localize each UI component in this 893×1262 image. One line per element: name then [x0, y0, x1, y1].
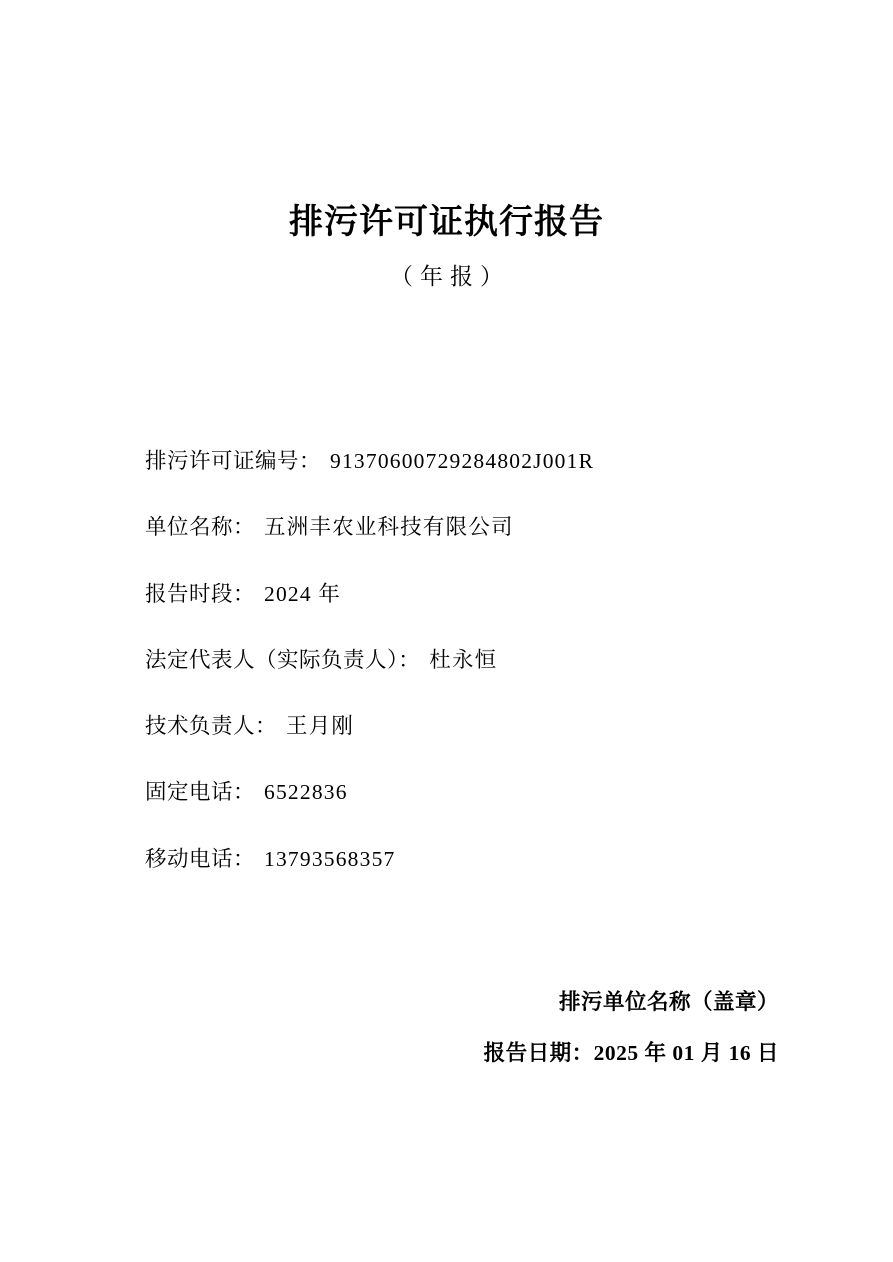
field-label: 报告时段：: [145, 582, 255, 606]
field-value: 6522836: [264, 780, 348, 804]
field-label: 固定电话：: [145, 780, 255, 804]
document-title: 排污许可证执行报告: [0, 200, 893, 246]
field-value: 91370600729284802J001R: [330, 449, 594, 473]
field-row-unit-name: 单位名称：五洲丰农业科技有限公司: [145, 494, 594, 560]
field-label: 法定代表人（实际负责人）：: [145, 648, 420, 672]
field-value: 2024 年: [264, 582, 341, 606]
field-label: 排污许可证编号：: [145, 449, 321, 473]
document-subtitle: （年报）: [0, 262, 893, 292]
field-value: 五洲丰农业科技有限公司: [264, 515, 514, 539]
report-date-label: 报告日期：: [484, 1041, 594, 1065]
field-value: 13793568357: [264, 847, 395, 871]
seal-line: 排污单位名称（盖章）: [484, 977, 779, 1028]
document-page: 排污许可证执行报告 （年报） 排污许可证编号：91370600729284802…: [0, 0, 893, 1262]
field-row-legal-representative: 法定代表人（实际负责人）：杜永恒: [145, 627, 594, 693]
report-date-value: 2025 年 01 月 16 日: [594, 1041, 779, 1065]
info-fields: 排污许可证编号：91370600729284802J001R 单位名称：五洲丰农…: [145, 428, 594, 892]
field-row-permit-number: 排污许可证编号：91370600729284802J001R: [145, 428, 594, 494]
field-label: 单位名称：: [145, 515, 255, 539]
field-value: 杜永恒: [429, 648, 497, 672]
signature-block: 排污单位名称（盖章） 报告日期：2025 年 01 月 16 日: [484, 977, 779, 1079]
field-row-fixed-phone: 固定电话：6522836: [145, 759, 594, 825]
field-value: 王月刚: [286, 714, 354, 738]
field-label: 技术负责人：: [145, 714, 277, 738]
report-date-line: 报告日期：2025 年 01 月 16 日: [484, 1028, 779, 1079]
field-row-report-period: 报告时段：2024 年: [145, 561, 594, 627]
field-row-mobile-phone: 移动电话：13793568357: [145, 826, 594, 892]
field-row-technical-manager: 技术负责人：王月刚: [145, 693, 594, 759]
field-label: 移动电话：: [145, 847, 255, 871]
